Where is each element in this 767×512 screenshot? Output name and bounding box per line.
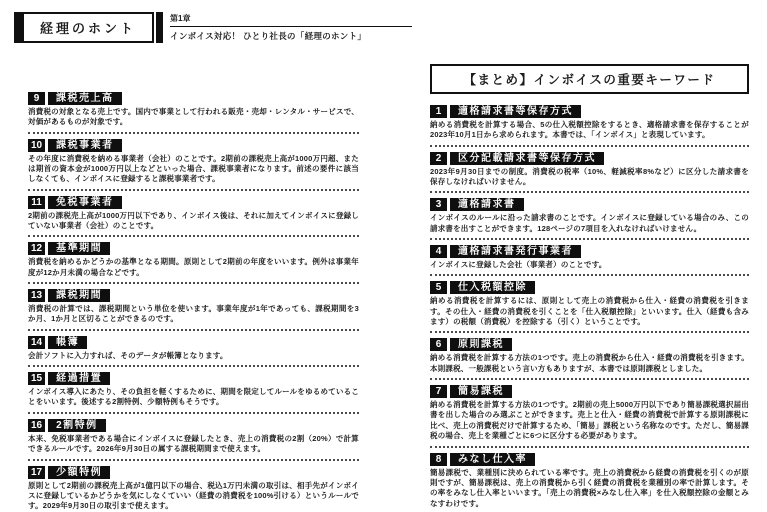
keyword-item: 17 少額特例 原則として2期前の課税売上高が1億円以下の場合、税込1万円未満の…: [28, 466, 359, 512]
dotted-divider: [430, 331, 749, 333]
item-title: 原則課税: [450, 338, 512, 351]
header-lead-block: [14, 12, 22, 43]
keyword-heading: 5 仕入税額控除: [430, 281, 749, 294]
item-number-badge: 8: [430, 453, 447, 466]
book-title-box: 経理のホント: [22, 12, 154, 43]
dotted-divider: [430, 191, 749, 193]
item-description: インボイス導入にあたり、その負担を軽くするために、期間を限定してルールをゆるめて…: [28, 387, 359, 408]
dotted-divider: [430, 446, 749, 448]
header-divider-bar: [156, 12, 163, 43]
item-title: みなし仕入率: [450, 453, 535, 466]
item-number-badge: 3: [430, 198, 447, 211]
item-description: 本来、免税事業者である場合にインボイスに登録したとき、売上の消費税の2割（20%…: [28, 434, 359, 455]
item-description: 2023年9月30日までの制度。消費税の税率（10%、軽減税率8%など）に区分し…: [430, 167, 749, 188]
item-description: 2期前の課税売上高が1000万円以下であり、インボイス後は、それに加えてインボイ…: [28, 211, 359, 232]
book-title: 経理のホント: [40, 18, 136, 37]
right-page-column: 【まとめ】インボイスの重要キーワード 1 適格請求書等保存方式 納める消費税を計…: [430, 64, 749, 509]
item-description: 納める消費税を計算するには、原則として売上の消費税から仕入・経費の消費税を引きま…: [430, 296, 749, 327]
keyword-item: 13 課税期間 消費税の計算では、課税期間という単位を使います。事業年度が1年で…: [28, 289, 359, 331]
item-number-badge: 10: [28, 139, 45, 152]
item-title: 区分記載請求書等保存方式: [450, 152, 604, 165]
item-description: その年度に消費税を納める事業者（会社）のことです。2期前の課税売上高が1000万…: [28, 154, 359, 185]
item-description: 簡易課税で、業種別に決められている率です。売上の消費税から経費の消費税を引くのが…: [430, 468, 749, 509]
keyword-heading: 6 原則課税: [430, 338, 749, 351]
keyword-heading: 7 簡易課税: [430, 385, 749, 398]
item-title: 少額特例: [48, 466, 110, 479]
keyword-item: 16 2割特例 本来、免税事業者である場合にインボイスに登録したとき、売上の消費…: [28, 419, 359, 461]
dotted-divider: [28, 459, 359, 461]
item-number-badge: 12: [28, 242, 45, 255]
keyword-heading: 2 区分記載請求書等保存方式: [430, 152, 749, 165]
item-description: 納める消費税を計算する方法の1つです。売上の消費税から仕入・経費の消費税を引きま…: [430, 353, 749, 374]
keyword-item: 12 基準期間 消費税を納めるかどうかの基準となる期間。原則として2期前の年度を…: [28, 242, 359, 284]
item-number-badge: 13: [28, 289, 45, 302]
item-number-badge: 5: [430, 281, 447, 294]
dotted-divider: [430, 145, 749, 147]
dotted-divider: [430, 238, 749, 240]
keyword-heading: 11 免税事業者: [28, 196, 359, 209]
keyword-heading: 15 経過措置: [28, 372, 359, 385]
dotted-divider: [28, 329, 359, 331]
item-number-badge: 17: [28, 466, 45, 479]
keyword-heading: 14 帳簿: [28, 336, 359, 349]
keyword-item: 5 仕入税額控除 納める消費税を計算するには、原則として売上の消費税から仕入・経…: [430, 281, 749, 333]
dotted-divider: [28, 282, 359, 284]
item-title: 課税事業者: [48, 139, 122, 152]
dotted-divider: [28, 132, 359, 134]
item-title: 課税売上高: [48, 92, 122, 105]
item-title: 適格請求書等保存方式: [450, 105, 581, 118]
keyword-heading: 13 課税期間: [28, 289, 359, 302]
keyword-item: 2 区分記載請求書等保存方式 2023年9月30日までの制度。消費税の税率（10…: [430, 152, 749, 194]
item-description: インボイスのルールに沿った請求書のことです。インボイスに登録している場合のみ、こ…: [430, 213, 749, 234]
item-description: 会計ソフトに入力すれば、そのデータが帳簿となります。: [28, 351, 359, 361]
page-header: 経理のホント 第1章 インボイス対応！ ひとり社長の「経理のホント」: [14, 12, 412, 43]
summary-title: 【まとめ】インボイスの重要キーワード: [464, 73, 716, 87]
chapter-block: 第1章 インボイス対応！ ひとり社長の「経理のホント」: [170, 13, 412, 42]
keyword-heading: 10 課税事業者: [28, 139, 359, 152]
item-description: 消費税の対象となる売上です。国内で事業として行われる販売・売却・レンタル・サービ…: [28, 107, 359, 128]
item-description: 原則として2期前の課税売上高が1億円以下の場合、税込1万円未満の取引は、相手先が…: [28, 481, 359, 512]
keyword-item: 3 適格請求書 インボイスのルールに沿った請求書のことです。インボイスに登録して…: [430, 198, 749, 240]
keyword-heading: 12 基準期間: [28, 242, 359, 255]
dotted-divider: [430, 274, 749, 276]
keyword-item: 11 免税事業者 2期前の課税売上高が1000万円以下であり、インボイス後は、そ…: [28, 196, 359, 238]
item-title: 免税事業者: [48, 196, 122, 209]
item-title: 経過措置: [48, 372, 110, 385]
book-spread: 経理のホント 第1章 インボイス対応！ ひとり社長の「経理のホント」 9 課税売…: [0, 0, 767, 512]
item-number-badge: 14: [28, 336, 45, 349]
keyword-heading: 17 少額特例: [28, 466, 359, 479]
item-number-badge: 9: [28, 92, 45, 105]
left-page-column: 9 課税売上高 消費税の対象となる売上です。国内で事業として行われる販売・売却・…: [28, 92, 359, 512]
summary-title-box: 【まとめ】インボイスの重要キーワード: [430, 64, 749, 94]
keyword-item: 15 経過措置 インボイス導入にあたり、その負担を軽くするために、期間を限定して…: [28, 372, 359, 414]
chapter-label: 第1章: [170, 13, 412, 27]
item-number-badge: 7: [430, 385, 447, 398]
item-number-badge: 6: [430, 338, 447, 351]
keyword-heading: 1 適格請求書等保存方式: [430, 105, 749, 118]
item-number-badge: 1: [430, 105, 447, 118]
item-title: 簡易課税: [450, 385, 512, 398]
dotted-divider: [28, 235, 359, 237]
keyword-item: 1 適格請求書等保存方式 納める消費税を計算する場合、5の仕入税額控除をするとき…: [430, 105, 749, 147]
item-title: 課税期間: [48, 289, 110, 302]
keyword-item: 4 適格請求書発行事業者 インボイスに登録した会社（事業者）のことです。: [430, 245, 749, 276]
dotted-divider: [28, 189, 359, 191]
item-title: 帳簿: [48, 336, 87, 349]
item-number-badge: 11: [28, 196, 45, 209]
item-description: 消費税の計算では、課税期間という単位を使います。事業年度が1年であっても、課税期…: [28, 304, 359, 325]
item-number-badge: 16: [28, 419, 45, 432]
keyword-item: 9 課税売上高 消費税の対象となる売上です。国内で事業として行われる販売・売却・…: [28, 92, 359, 134]
item-title: 基準期間: [48, 242, 110, 255]
keyword-item: 7 簡易課税 納める消費税を計算する方法の1つです。2期前の売上5000万円以下…: [430, 385, 749, 447]
right-keyword-list: 1 適格請求書等保存方式 納める消費税を計算する場合、5の仕入税額控除をするとき…: [430, 105, 749, 509]
keyword-heading: 8 みなし仕入率: [430, 453, 749, 466]
item-title: 2割特例: [48, 419, 106, 432]
keyword-item: 8 みなし仕入率 簡易課税で、業種別に決められている率です。売上の消費税から経費…: [430, 453, 749, 509]
item-description: 納める消費税を計算する方法の1つです。2期前の売上5000万円以下であり簡易課税…: [430, 400, 749, 441]
keyword-item: 14 帳簿 会計ソフトに入力すれば、そのデータが帳簿となります。: [28, 336, 359, 367]
chapter-title: インボイス対応！ ひとり社長の「経理のホント」: [170, 27, 412, 42]
item-description: 納める消費税を計算する場合、5の仕入税額控除をするとき、適格請求書を保存すること…: [430, 120, 749, 141]
dotted-divider: [28, 412, 359, 414]
item-description: 消費税を納めるかどうかの基準となる期間。原則として2期前の年度をいいます。例外は…: [28, 257, 359, 278]
item-title: 適格請求書: [450, 198, 524, 211]
item-number-badge: 15: [28, 372, 45, 385]
item-description: インボイスに登録した会社（事業者）のことです。: [430, 260, 749, 270]
keyword-item: 10 課税事業者 その年度に消費税を納める事業者（会社）のことです。2期前の課税…: [28, 139, 359, 191]
keyword-heading: 4 適格請求書発行事業者: [430, 245, 749, 258]
dotted-divider: [28, 365, 359, 367]
item-title: 仕入税額控除: [450, 281, 535, 294]
dotted-divider: [430, 378, 749, 380]
keyword-heading: 3 適格請求書: [430, 198, 749, 211]
item-title: 適格請求書発行事業者: [450, 245, 581, 258]
item-number-badge: 4: [430, 245, 447, 258]
item-number-badge: 2: [430, 152, 447, 165]
keyword-item: 6 原則課税 納める消費税を計算する方法の1つです。売上の消費税から仕入・経費の…: [430, 338, 749, 380]
keyword-heading: 16 2割特例: [28, 419, 359, 432]
keyword-heading: 9 課税売上高: [28, 92, 359, 105]
